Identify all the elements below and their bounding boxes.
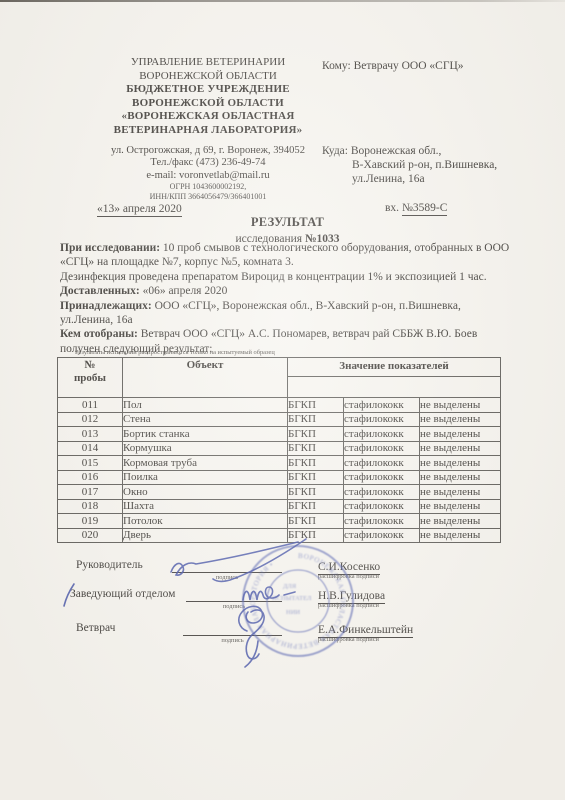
indicator-cell: стафилококк [344, 499, 420, 514]
indicator-cell: БГКП [288, 412, 344, 427]
result-cell: не выделены [420, 441, 501, 456]
org-name-line: ВОРОНЕЖСКОЙ ОБЛАСТИ [72, 97, 344, 111]
table-row: 011ПолБГКПстафилококкне выделены [58, 398, 501, 413]
table-row: 019ПотолокБГКПстафилококкне выделены [58, 514, 501, 529]
object-cell: Дверь [123, 528, 288, 543]
signature-line [172, 560, 282, 573]
body-line: ул.Ленина, 16а [60, 313, 516, 327]
dept-name-line: ВОРОНЕЖСКОЙ ОБЛАСТИ [72, 70, 344, 84]
sample-no-cell: 012 [58, 412, 123, 427]
result-cell: не выделены [420, 412, 501, 427]
header-sample-no: №пробы [58, 358, 123, 398]
object-cell: Окно [123, 485, 288, 500]
body-line: Дезинфекция проведена препаратом Вироцид… [60, 270, 516, 284]
table-row: 018ШахтаБГКПстафилококкне выделены [58, 499, 501, 514]
sample-no-cell: 015 [58, 456, 123, 471]
sample-no-cell: 016 [58, 470, 123, 485]
sample-no-cell: 019 [58, 514, 123, 529]
table-row: 016ПоилкаБГКПстафилококкне выделены [58, 470, 501, 485]
name-caption: расшифровка подписи [318, 636, 379, 643]
body-text: При исследовании: 10 проб смывов с техно… [60, 241, 516, 356]
result-cell: не выделены [420, 398, 501, 413]
table-row: 015Кормовая трубаБГКПстафилококкне выдел… [58, 456, 501, 471]
result-cell: не выделены [420, 499, 501, 514]
header-object: Объект [123, 358, 288, 398]
document-title: РЕЗУЛЬТАТ [60, 215, 515, 230]
scan-top-edge [0, 0, 565, 2]
indicator-cell: стафилококк [344, 456, 420, 471]
org-address: ул. Острогожская, д 69, г. Воронеж, 3940… [72, 145, 344, 157]
indicator-cell: стафилококк [344, 412, 420, 427]
object-cell: Кормушка [123, 441, 288, 456]
sample-no-cell: 020 [58, 528, 123, 543]
org-name-line: БЮДЖЕТНОЕ УЧРЕЖДЕНИЕ [72, 83, 344, 97]
table-row: 014КормушкаБГКПстафилококкне выделены [58, 441, 501, 456]
document-page: УПРАВЛЕНИЕ ВЕТЕРИНАРИИ ВОРОНЕЖСКОЙ ОБЛАС… [0, 0, 565, 800]
recipient-address-line: Куда: Воронежская обл., [322, 144, 497, 158]
sample-no-cell: 018 [58, 499, 123, 514]
object-cell: Поилка [123, 470, 288, 485]
result-cell: не выделены [420, 514, 501, 529]
result-cell: не выделены [420, 427, 501, 442]
recipient-address-line: В-Хавский р-он, п.Вишневка, [322, 158, 497, 172]
org-phone: Тел./факс (473) 236-49-74 [72, 157, 344, 169]
table-row: 012СтенаБГКПстафилококкне выделены [58, 412, 501, 427]
signature-line [183, 623, 282, 636]
indicator-cell: БГКП [288, 528, 344, 543]
indicator-cell: БГКП [288, 441, 344, 456]
object-cell: Шахта [123, 499, 288, 514]
name-caption: расшифровка подписи [318, 573, 379, 580]
incoming-number: вх. №3589-С [385, 202, 447, 214]
signature-ink-head-of-dept [284, 592, 295, 595]
sample-no-cell: 011 [58, 398, 123, 413]
signature-caption: подпись [183, 637, 282, 644]
recipient-address-line: ул.Ленина, 16а [322, 172, 497, 186]
body-line: Доставленных: «06» апреля 2020 [60, 284, 516, 298]
object-cell: Стена [123, 412, 288, 427]
org-name-line: «ВОРОНЕЖСКАЯ ОБЛАСТНАЯ [72, 110, 344, 124]
signature-ink-vet [245, 641, 258, 667]
table-row: 020ДверьБГКПстафилококкне выделены [58, 528, 501, 543]
body-line: «СГЦ» на площадке №7, корпус №5, комната… [60, 255, 516, 269]
signature-line [186, 589, 282, 602]
result-cell: не выделены [420, 485, 501, 500]
org-name-line: ВЕТЕРИНАРНАЯ ЛАБОРАТОРИЯ» [72, 124, 344, 138]
indicator-cell: стафилококк [344, 470, 420, 485]
signature-role-vet: Ветврач [76, 622, 115, 634]
indicator-cell: стафилококк [344, 427, 420, 442]
indicator-cell: БГКП [288, 456, 344, 471]
indicator-cell: БГКП [288, 514, 344, 529]
indicator-cell: стафилококк [344, 514, 420, 529]
signature-role-head-of-dept: Заведующий отделом [70, 588, 175, 600]
indicator-cell: БГКП [288, 499, 344, 514]
recipient-address: Куда: Воронежская обл., В-Хавский р-он, … [322, 144, 497, 186]
signature-caption: подпись [172, 574, 282, 581]
result-cell: не выделены [420, 456, 501, 471]
indicator-cell: БГКП [288, 470, 344, 485]
dept-name-line: УПРАВЛЕНИЕ ВЕТЕРИНАРИИ [72, 56, 344, 70]
result-cell: не выделены [420, 470, 501, 485]
results-table: №пробы Объект Значение показателей 011По… [57, 357, 501, 543]
indicator-cell: БГКП [288, 485, 344, 500]
indicator-cell: стафилококк [344, 398, 420, 413]
name-caption: расшифровка подписи [318, 602, 379, 609]
stamp-center-text: ДЛЯ [283, 583, 297, 590]
table-disclaimer-note: Результаты испытаний распространяются то… [75, 349, 275, 356]
object-cell: Кормовая труба [123, 456, 288, 471]
body-line: Кем отобраны: Ветврач ООО «СГЦ» А.С. Пон… [60, 327, 516, 341]
letterhead: УПРАВЛЕНИЕ ВЕТЕРИНАРИИ ВОРОНЕЖСКОЙ ОБЛАС… [72, 56, 344, 201]
org-ogrn: ОГРН 1043600002192, [72, 182, 344, 192]
sample-no-cell: 013 [58, 427, 123, 442]
indicator-cell: стафилококк [344, 528, 420, 543]
recipient-to: Кому: Ветврачу ООО «СГЦ» [322, 60, 464, 72]
sample-no-cell: 017 [58, 485, 123, 500]
stamp-center-text: НИИ [286, 609, 300, 616]
header-values: Значение показателей [288, 358, 501, 398]
indicator-cell: стафилококк [344, 485, 420, 500]
object-cell: Бортик станка [123, 427, 288, 442]
signature-role-director: Руководитель [76, 559, 143, 571]
body-line: При исследовании: 10 проб смывов с техно… [60, 241, 516, 255]
body-line: Принадлежащих: ООО «СГЦ», Воронежская об… [60, 299, 516, 313]
object-cell: Пол [123, 398, 288, 413]
result-cell: не выделены [420, 528, 501, 543]
incoming-number-value: №3589-С [402, 202, 447, 216]
table-row: 017ОкноБГКПстафилококкне выделены [58, 485, 501, 500]
object-cell: Потолок [123, 514, 288, 529]
sample-no-cell: 014 [58, 441, 123, 456]
indicator-cell: БГКП [288, 427, 344, 442]
table-header-row: №пробы Объект Значение показателей [58, 358, 501, 398]
org-inn-kpp: ИНН/КПП 3664056479/366401001 [72, 192, 344, 202]
table-row: 013Бортик станкаБГКПстафилококкне выделе… [58, 427, 501, 442]
indicator-cell: БГКП [288, 398, 344, 413]
incoming-label: вх. [385, 202, 402, 214]
org-email: e-mail: voronvetlab@mail.ru [72, 170, 344, 182]
signature-caption: подпись [186, 603, 282, 610]
indicator-cell: стафилококк [344, 441, 420, 456]
